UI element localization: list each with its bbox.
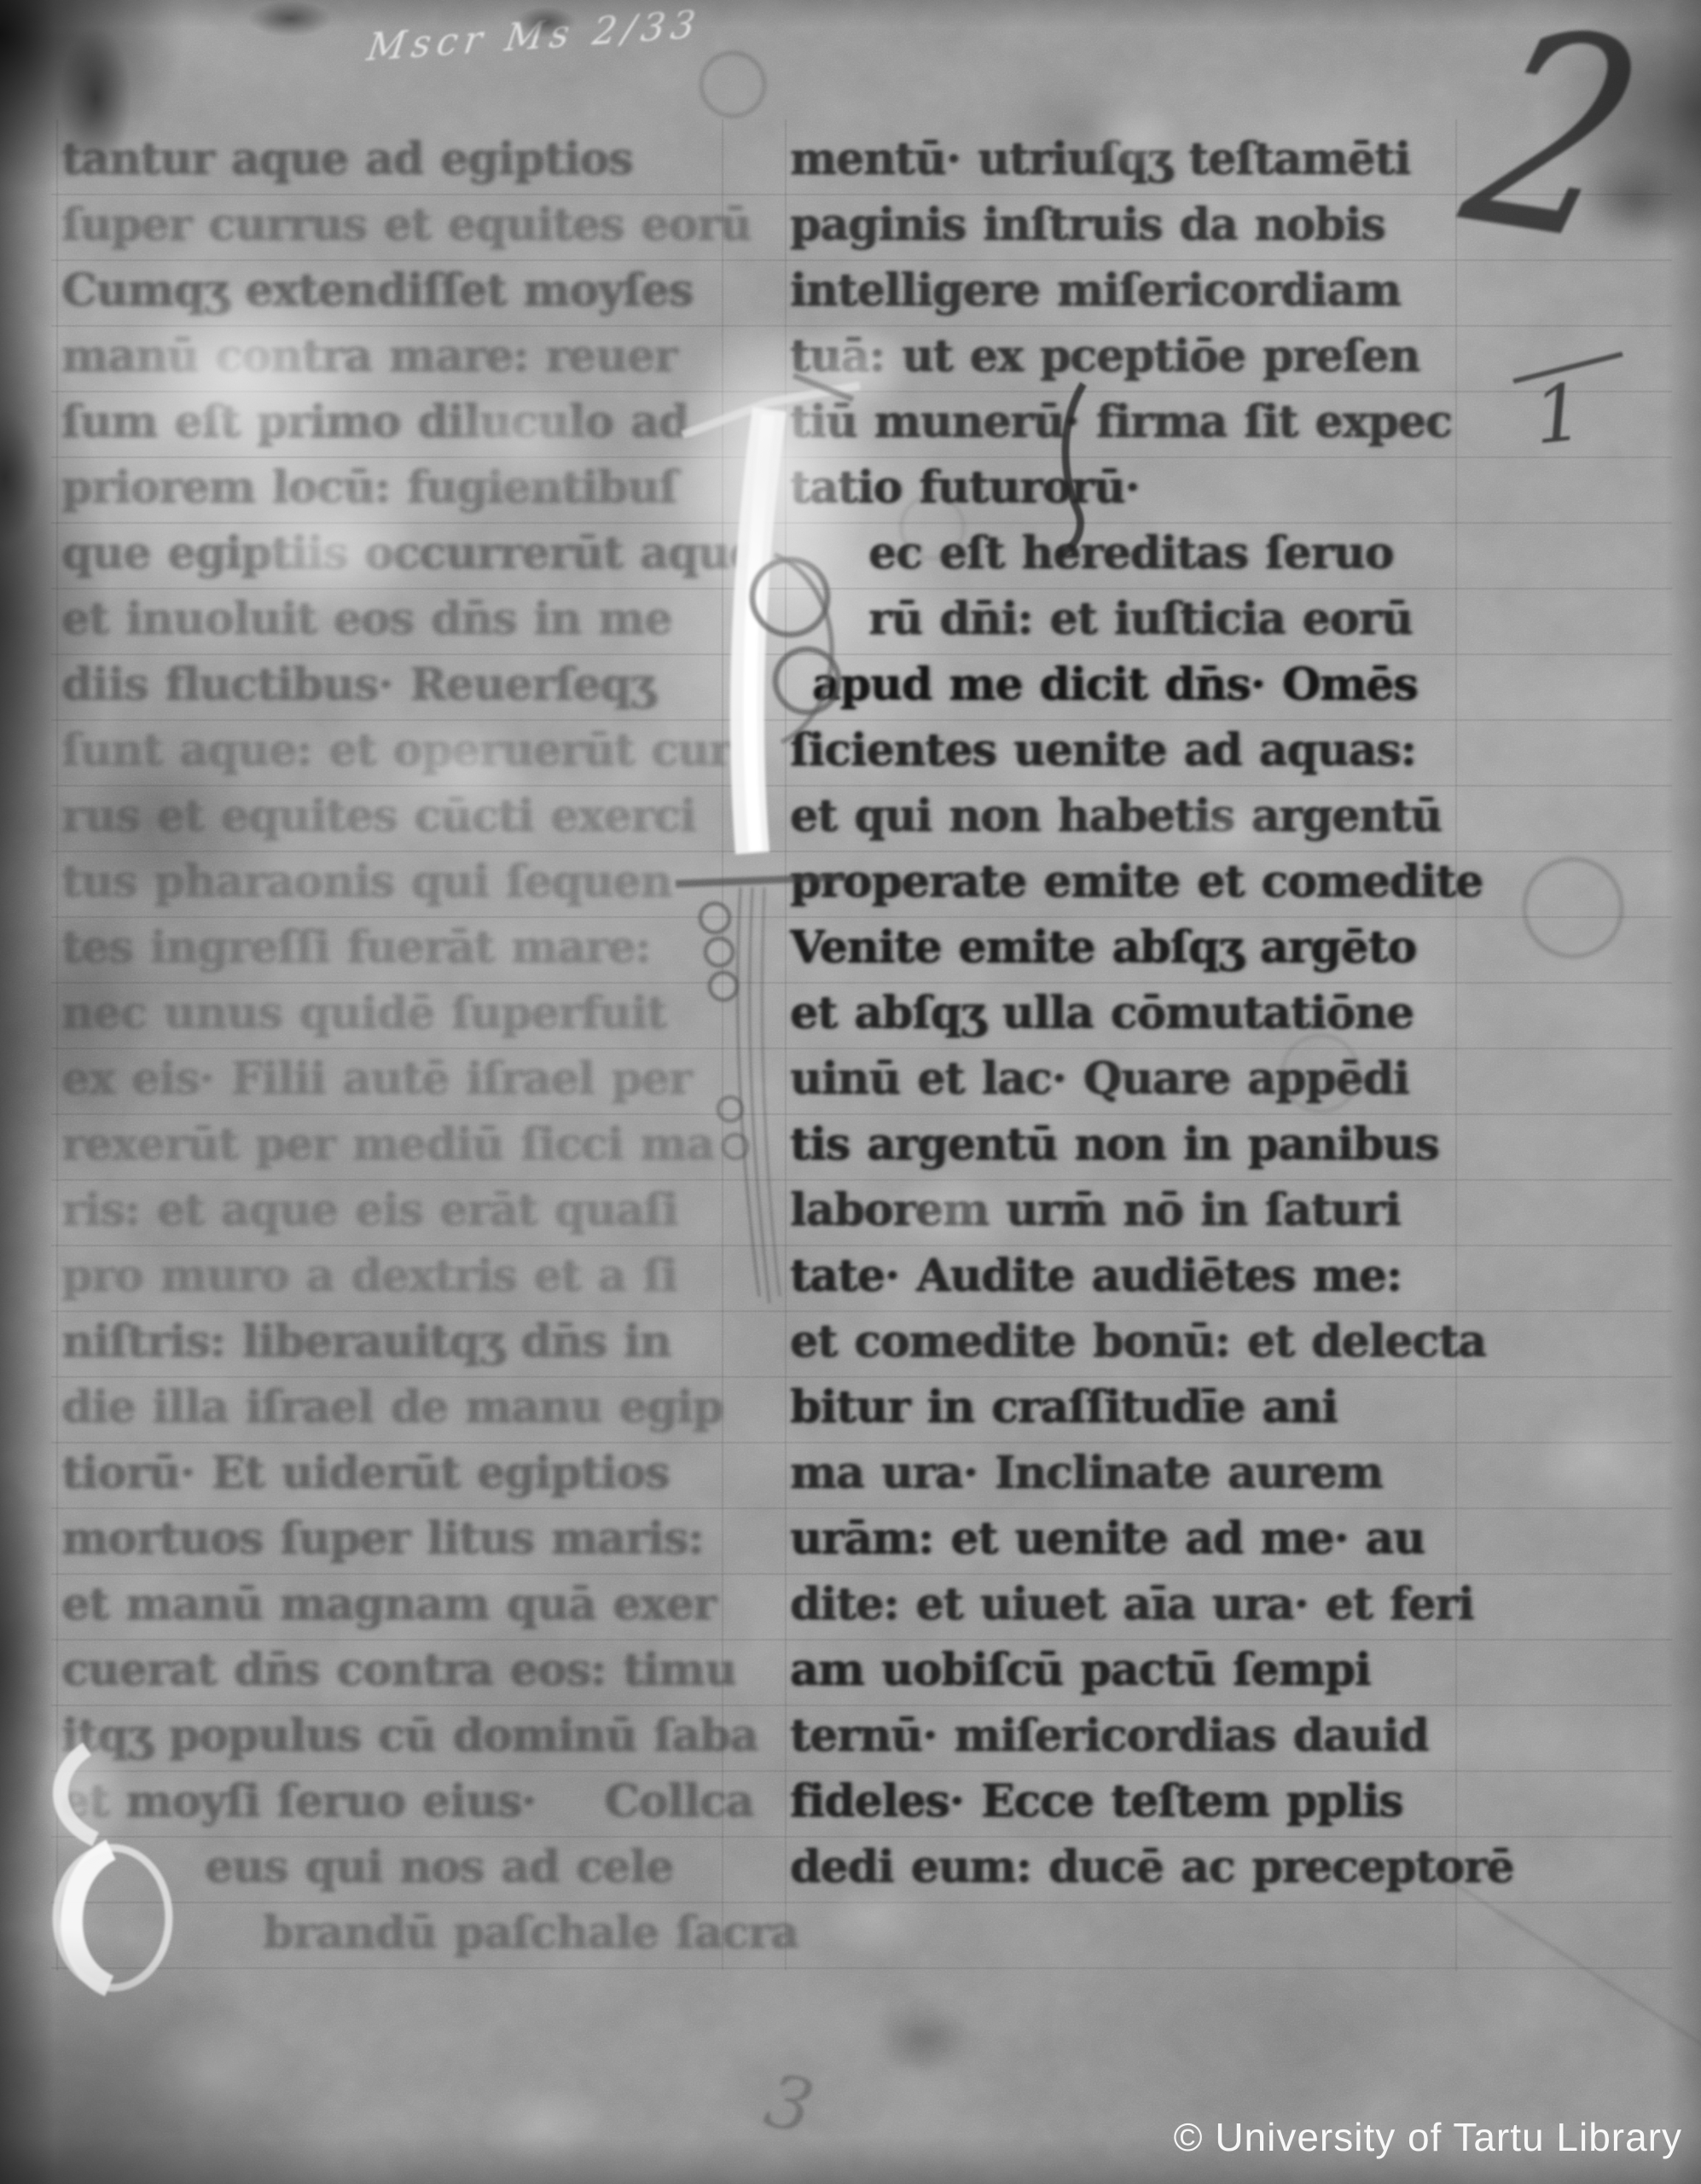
text-line: ris: et aque eis erāt quaſi <box>61 1179 727 1245</box>
text-line: manū contra mare: reuer <box>61 325 727 391</box>
right-text-column: mentū· utriuſqʒ teſtamēti paginis inſtru… <box>790 128 1464 1902</box>
text-line: ex eis· Filii autē iſrael per <box>61 1048 727 1113</box>
text-line: tiorū· Et uiderūt egiptios <box>61 1442 727 1507</box>
text-line: rus et equites cūcti exerci <box>61 785 727 851</box>
text-line: eus qui nos ad cele <box>61 1836 727 1902</box>
text-line: ternū· miſericordias dauid <box>790 1705 1464 1770</box>
text-line: intelligere miſericordiam <box>790 259 1464 325</box>
text-line: fideles· Ecce teſtem pplis <box>790 1770 1464 1836</box>
text-line: et abſqʒ ulla cōmutatiōne <box>790 982 1464 1048</box>
ruling-gutter-right <box>785 119 787 1971</box>
folio-numeral-small: 1 <box>1530 373 1588 456</box>
text-line: urām: et uenite ad me· au <box>790 1507 1464 1573</box>
text-line: dite: et uiuet aīa ura· et feri <box>790 1573 1464 1639</box>
text-line: nec unus quidē ſuperfuit <box>61 982 727 1048</box>
text-line: tantur aque ad egiptios <box>61 128 727 194</box>
text-line: tatio futurorū· <box>790 456 1464 522</box>
text-line: laborem urm̄ nō in ſaturi <box>790 1179 1464 1245</box>
manuscript-photo-page: tantur aque ad egiptios ſuper currus et … <box>0 0 1701 2184</box>
text-line: que egiptiis occurrerūt aque <box>61 522 727 588</box>
text-line: diis fluctibus· Reuerſeqʒ <box>61 653 727 719</box>
text-line-lesson-start: ec eſt hereditas ſeruo <box>790 522 1464 588</box>
text-line: tis argentū non in panibus <box>790 1113 1464 1179</box>
text-line: tes ingreſſi fuerāt mare: <box>61 916 727 982</box>
text-line: rū dn̄i: et iuſticia eorū <box>790 588 1464 653</box>
text-line: properate emite et comedite <box>790 851 1464 916</box>
text-line: et comedite bonū: et delecta <box>790 1310 1464 1376</box>
text-line: die illa iſrael de manu egip <box>61 1376 727 1442</box>
text-line: paginis inſtruis da nobis <box>790 194 1464 259</box>
text-line: mentū· utriuſqʒ teſtamēti <box>790 128 1464 194</box>
text-line: mortuos ſuper litus maris: <box>61 1507 727 1573</box>
text-line: brandū paſchale ſacra <box>61 1902 727 1967</box>
text-line: pro muro a dextris et a ſi <box>61 1245 727 1310</box>
text-line: Venite emite abſqʒ argēto <box>790 916 1464 982</box>
text-line: ſuper currus et equites eorū <box>61 194 727 259</box>
text-line: cuerat dn̄s contra eos: timu <box>61 1639 727 1705</box>
text-line-collecta-rubric: et moyſi ſeruo eius· Collca <box>61 1770 727 1836</box>
text-line: ſum eſt primo diluculo ad <box>61 391 727 456</box>
left-text-column: tantur aque ad egiptios ſuper currus et … <box>61 128 727 1967</box>
library-watermark: © University of Tartu Library <box>1174 2114 1682 2160</box>
text-line: tuā: ut ex pceptiōe preſen <box>790 325 1464 391</box>
text-line: ſunt aque: et operuerūt cur <box>61 719 727 785</box>
ruling-left-margin <box>56 119 58 1971</box>
text-line: am uobiſcū pactū ſempi <box>790 1639 1464 1705</box>
text-line: et inuoluit eos dn̄s in me <box>61 588 727 653</box>
text-line: et manū magnam quā exer <box>61 1573 727 1639</box>
text-line: tus pharaonis qui ſequen <box>61 851 727 916</box>
text-line: itqʒ populus cū dominū ſaba <box>61 1705 727 1770</box>
text-line: ma ura· Inclinate aurem <box>790 1442 1464 1507</box>
text-line: bitur in craſſitudīe ani <box>790 1376 1464 1442</box>
text-line: tate· Audite audiētes me: <box>790 1245 1464 1310</box>
text-line: uinū et lac· Quare appēdi <box>790 1048 1464 1113</box>
text-line: et qui non habetis argentū <box>790 785 1464 851</box>
text-line: tiū munerū· firma ſit expec <box>790 391 1464 456</box>
text-line: apud me dicit dn̄s· Omēs <box>790 653 1464 719</box>
text-line: ſicientes uenite ad aquas: <box>790 719 1464 785</box>
text-line: dedi eum: ducē ac preceptorē <box>790 1836 1464 1902</box>
text-line: priorem locū: fugientibuſ <box>61 456 727 522</box>
text-line: rexerūt per mediū ſicci ma <box>61 1113 727 1179</box>
text-line: Cumqʒ extendiſſet moyſes <box>61 259 727 325</box>
text-line: niſtris: liberauitqʒ dn̄s in <box>61 1310 727 1376</box>
